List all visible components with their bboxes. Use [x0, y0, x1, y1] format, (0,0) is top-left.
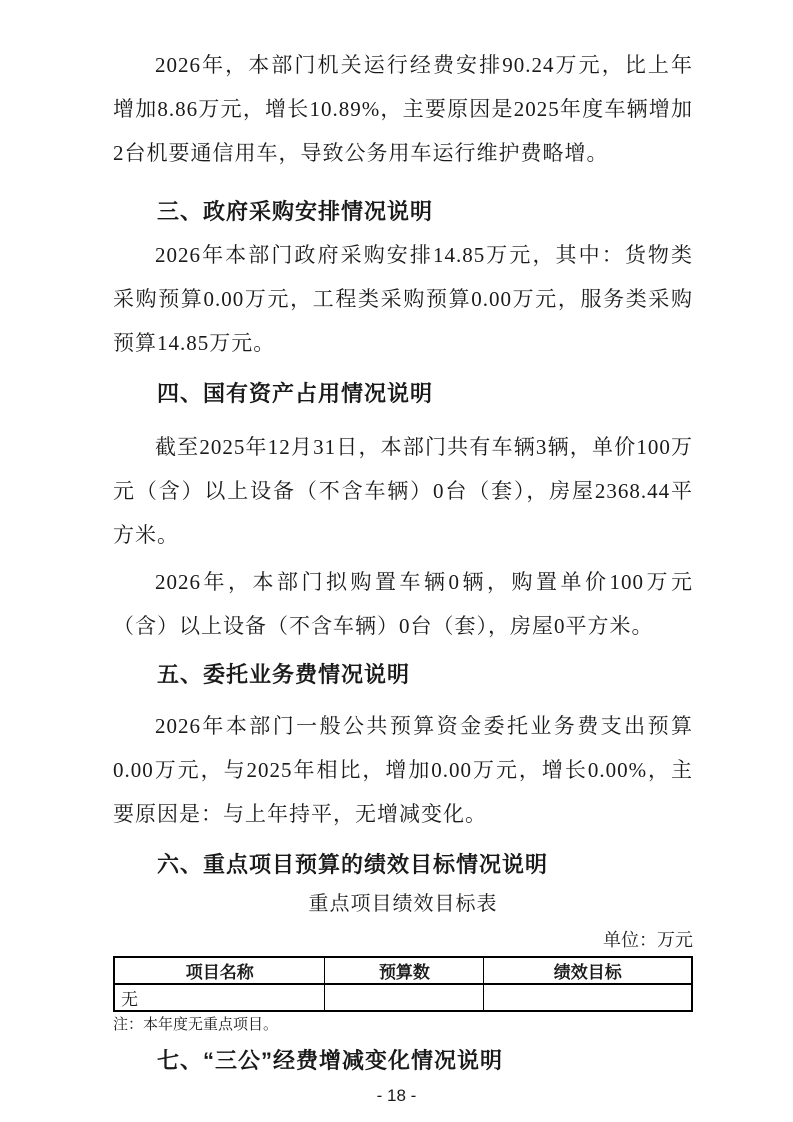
table-header-performance-target: 绩效目标	[484, 957, 692, 984]
paragraph-assets-plan: 2026年，本部门拟购置车辆0辆，购置单价100万元（含）以上设备（不含车辆）0…	[113, 560, 693, 648]
performance-table-title: 重点项目绩效目标表	[113, 890, 693, 918]
document-page: 2026年，本部门机关运行经费安排90.24万元，比上年增加8.86万元，增长1…	[0, 0, 793, 1122]
table-header-budget: 预算数	[325, 957, 484, 984]
paragraph-machine-operating-funds: 2026年，本部门机关运行经费安排90.24万元，比上年增加8.86万元，增长1…	[113, 43, 693, 175]
table-cell-budget	[325, 984, 484, 1011]
heading-entrusted-business-fee: 五、委托业务费情况说明	[113, 662, 693, 688]
page-number: - 18 -	[0, 1086, 793, 1106]
table-header-project-name: 项目名称	[114, 957, 325, 984]
heading-state-assets: 四、国有资产占用情况说明	[113, 381, 693, 407]
table-cell-performance-target	[484, 984, 692, 1011]
table-footnote: 注：本年度无重点项目。	[113, 1015, 693, 1035]
unit-label: 单位：万元	[113, 928, 693, 952]
table-header-row: 项目名称 预算数 绩效目标	[114, 957, 692, 984]
paragraph-entrusted-business-fee: 2026年本部门一般公共预算资金委托业务费支出预算0.00万元，与2025年相比…	[113, 704, 693, 836]
paragraph-government-procurement: 2026年本部门政府采购安排14.85万元，其中：货物类采购预算0.00万元，工…	[113, 233, 693, 365]
heading-government-procurement: 三、政府采购安排情况说明	[113, 199, 693, 225]
heading-key-project-performance: 六、重点项目预算的绩效目标情况说明	[113, 852, 693, 878]
heading-three-public-expenses: 七、“三公”经费增减变化情况说明	[113, 1048, 693, 1074]
paragraph-assets-current: 截至2025年12月31日，本部门共有车辆3辆，单价100万元（含）以上设备（不…	[113, 425, 693, 557]
table-row: 无	[114, 984, 692, 1011]
key-project-performance-table: 项目名称 预算数 绩效目标 无	[113, 956, 693, 1012]
table-cell-project-name: 无	[114, 984, 325, 1011]
